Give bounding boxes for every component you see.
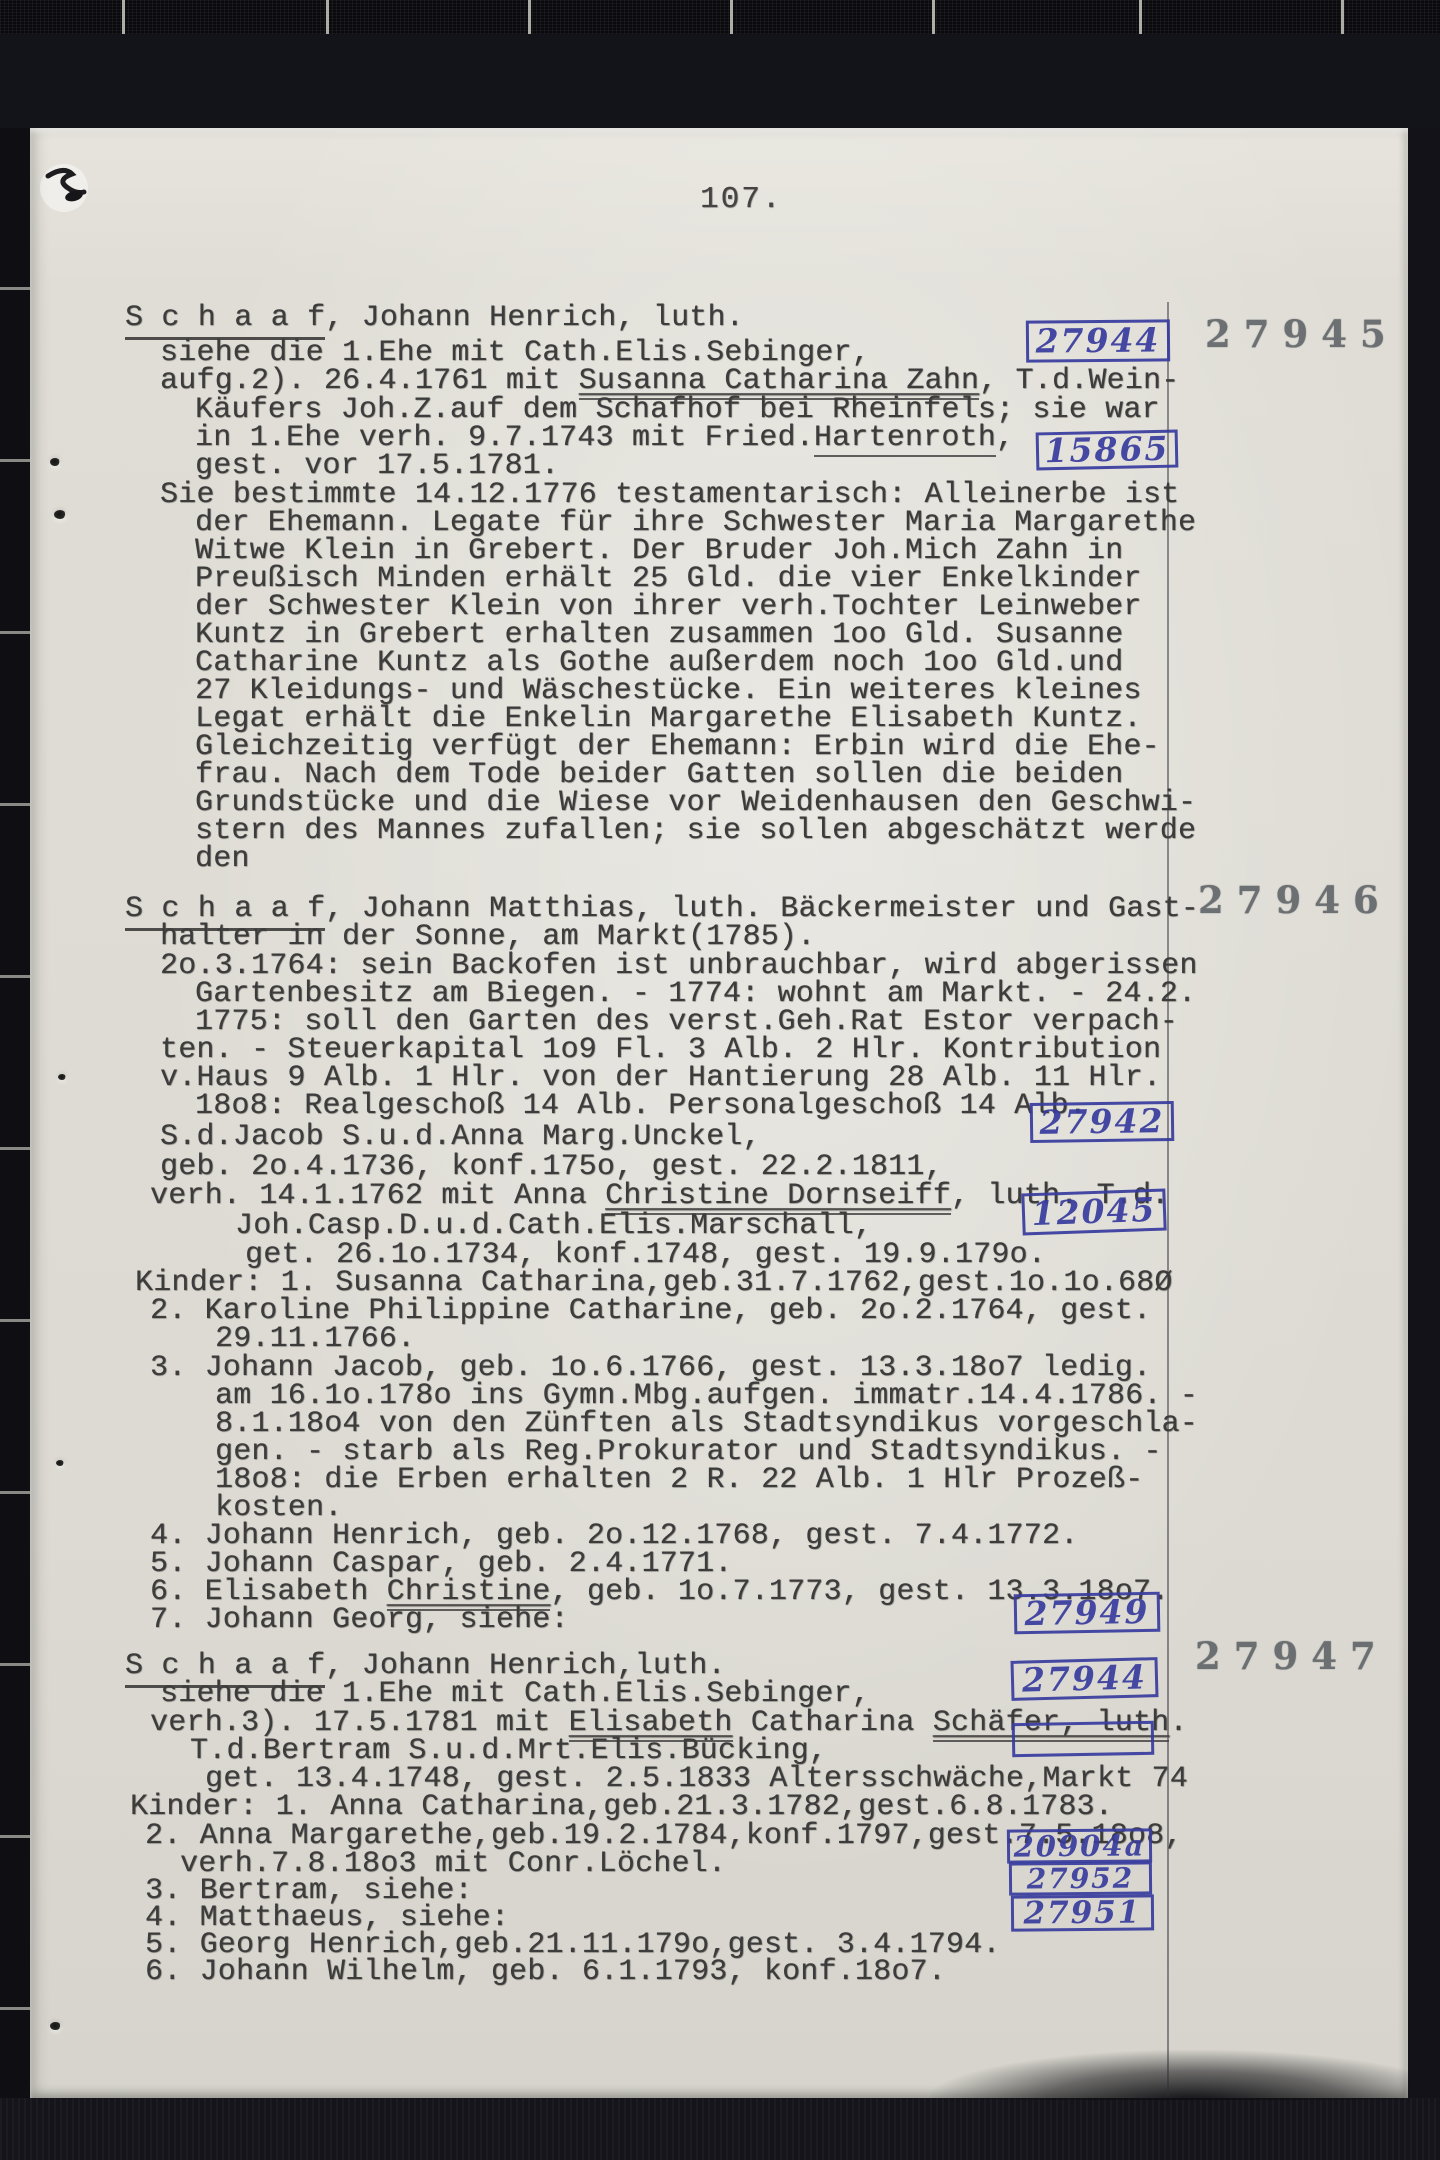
handwritten-ref-box: 15865 (1036, 430, 1179, 471)
text-line: verh. 14.1.1762 mit Anna Christine Dorns… (150, 1180, 1169, 1212)
stamped-number: 27947 (1195, 1634, 1389, 1678)
film-frame-separator (0, 287, 30, 290)
handwritten-ref-box: 27952 (1009, 1861, 1152, 1895)
text-run: 18o8: die Erben erhalten 2 R. 22 Alb. 1 … (215, 1463, 1143, 1497)
ink-dot (50, 2022, 61, 2030)
underlined-text: Hartenroth (814, 421, 996, 457)
text-line: 7. Johann Georg, siehe: (150, 1604, 569, 1636)
ink-dot (56, 1460, 64, 1466)
film-tick (932, 0, 935, 34)
text-run: , (996, 421, 1014, 455)
film-frame-separator (0, 1835, 30, 1838)
film-frame-separator (0, 459, 30, 462)
ink-dot (54, 510, 66, 519)
text-run: , Johann Henrich, luth. (325, 301, 744, 335)
text-line: 18o8: die Erben erhalten 2 R. 22 Alb. 1 … (215, 1464, 1143, 1496)
text-line: S.d.Jacob S.u.d.Anna Marg.Unckel, (160, 1121, 761, 1153)
film-frame-separator (0, 631, 30, 634)
film-frame-left (0, 128, 30, 2098)
text-run: . (1169, 1706, 1187, 1740)
text-run: 18o8: Realgeschoß 14 Alb. Personalgescho… (195, 1089, 1087, 1123)
text-line: 6. Johann Wilhelm, geb. 6.1.1793, konf.1… (145, 1956, 946, 1988)
film-tick (730, 0, 733, 34)
text-run: 6. Johann Wilhelm, geb. 6.1.1793, konf.1… (145, 1955, 946, 1989)
handwritten-ref-box: 27949 (1014, 1592, 1161, 1635)
underlined-text: S c h a a f (125, 301, 325, 340)
text-run: S.d.Jacob S.u.d.Anna Marg.Unckel, (160, 1120, 761, 1154)
handwritten-ref-box-empty (1012, 1721, 1155, 1757)
film-frame-right (1408, 128, 1440, 2098)
text-line: stern des Mannes zufallen; sie sollen ab… (195, 815, 1196, 847)
film-frame-separator (0, 1147, 30, 1150)
film-sprocket-strip (0, 0, 1440, 34)
page-number: 107. (700, 182, 782, 217)
film-tick (122, 0, 125, 34)
handwritten-ref-box: 27942 (1030, 1101, 1175, 1143)
stamped-number: 27946 (1198, 878, 1392, 922)
film-tick (326, 0, 329, 34)
film-frame-separator (0, 1491, 30, 1494)
handwritten-ref-box: 27951 (1011, 1894, 1154, 1931)
page-bottom-shadow (930, 2050, 1410, 2100)
film-frame-separator (0, 975, 30, 978)
text-run: 7. Johann Georg, siehe: (150, 1603, 569, 1637)
text-run: verh. 14.1.1762 mit Anna (150, 1179, 605, 1213)
text-run: stern des Mannes zufallen; sie sollen ab… (195, 814, 1196, 848)
film-tick (1341, 0, 1344, 34)
film-frame-separator (0, 803, 30, 806)
handwritten-ref-box: 27944 (1011, 1657, 1159, 1701)
handwritten-ref-box: 20904a (1007, 1828, 1152, 1863)
ink-dot (50, 458, 60, 466)
film-frame-top (0, 0, 1440, 128)
film-frame-separator (0, 1663, 30, 1666)
text-line: den (195, 843, 250, 875)
text-line: S c h a a f, Johann Henrich, luth. (125, 302, 744, 334)
film-frame-separator (0, 2007, 30, 2010)
film-frame-separator (0, 1319, 30, 1322)
ink-blot (34, 156, 94, 224)
film-tick (528, 0, 531, 34)
film-tick (1139, 0, 1142, 34)
text-line: 18o8: Realgeschoß 14 Alb. Personalgescho… (195, 1090, 1087, 1122)
handwritten-ref-box: 12045 (1021, 1189, 1166, 1236)
ink-dot (58, 1074, 66, 1080)
microfilm-scan: 107. S c h a a f, Johann Henrich, luth.s… (0, 0, 1440, 2160)
film-frame-bottom (0, 2098, 1440, 2160)
text-run: den (195, 842, 250, 876)
handwritten-ref-box: 27944 (1026, 319, 1170, 362)
stamped-number: 27945 (1205, 312, 1399, 356)
